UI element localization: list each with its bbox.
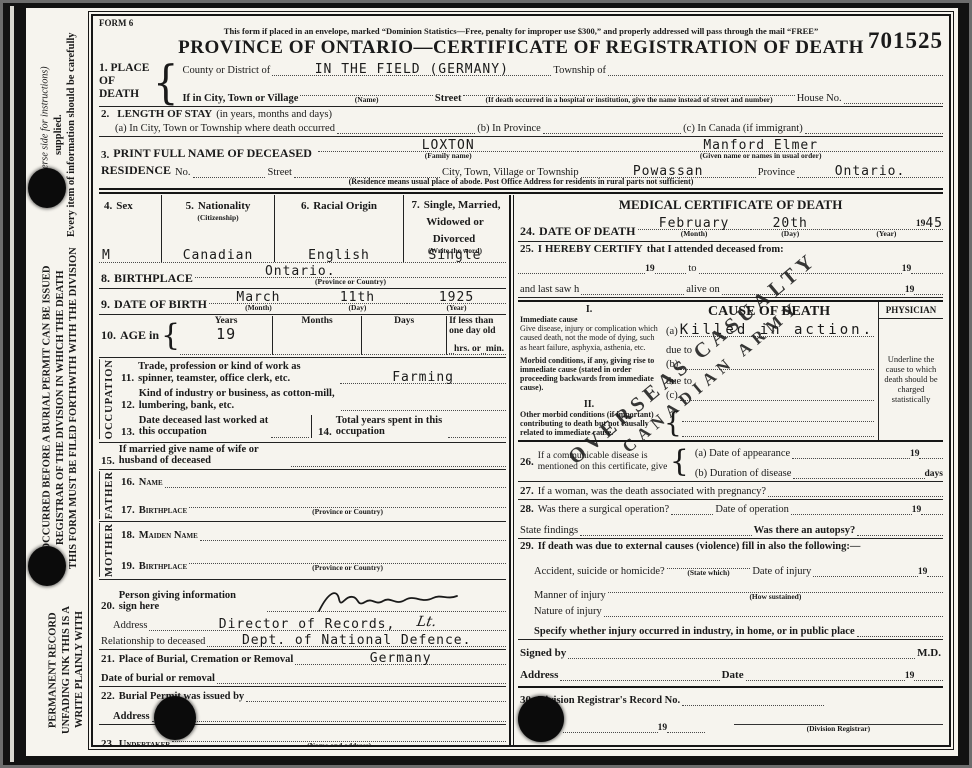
field-27-pregnancy: 27. If a woman, was the death associated… xyxy=(518,482,943,500)
serial-number: 701525 xyxy=(868,28,943,54)
field-number: 20. xyxy=(99,600,117,612)
field-number: 25. xyxy=(518,243,536,255)
death-certificate-page: Every item of information should be care… xyxy=(26,8,958,756)
residence-street-line xyxy=(294,164,440,178)
autopsy-line xyxy=(857,522,943,536)
birth-month-hint: (Month) xyxy=(209,304,308,312)
field-label: If married give name of wife or husband … xyxy=(117,444,291,467)
field-2-length-of-stay: 2. LENGTH OF STAY (in years, months and … xyxy=(99,107,943,137)
field-label: Person giving information xyxy=(117,590,267,601)
death-day: 20th (Day) xyxy=(751,216,830,238)
father-birthplace-line: (Province or Country) xyxy=(189,494,506,516)
nationality-value: Canadian xyxy=(165,249,271,262)
year-19: 19 xyxy=(645,264,655,274)
field-1-place-of-death: 1. PLACE OF DEATH { County or District o… xyxy=(99,61,943,107)
hrs-label: hrs. or xyxy=(454,344,481,354)
cause-c-label: (c) xyxy=(664,390,680,401)
street-label: Street xyxy=(433,93,464,104)
brace: { xyxy=(161,321,180,351)
immediate-cause-note: Give disease, injury or complication whi… xyxy=(520,324,658,352)
field-number: 21. xyxy=(99,653,117,665)
physician-address-line xyxy=(560,667,719,681)
how-sustained-hint: (How sustained) xyxy=(608,593,943,601)
year-19: 19 xyxy=(912,505,922,515)
undertaker-hint: (Name and address) xyxy=(172,742,506,747)
father-group-label: FATHER xyxy=(99,471,115,519)
residence-no-label: No. xyxy=(173,167,192,178)
age-days: Days xyxy=(362,316,447,355)
physician-title: PHYSICIAN xyxy=(879,302,943,319)
cause-b-label: (b) xyxy=(664,359,680,370)
cause-notes: I. Immediate cause Give disease, injury … xyxy=(518,302,660,440)
findings-line xyxy=(580,522,752,536)
sidebar-note-supplied: Every item of information should be care… xyxy=(52,30,78,240)
field-label: Maiden Name xyxy=(137,530,200,541)
field-5-nationality: 5.Nationality (Citizenship) Canadian xyxy=(162,195,275,262)
residence-city-line: Powassan xyxy=(581,164,756,178)
state-which-hint: (State which) xyxy=(667,569,751,577)
mother-birthplace-hint: (Province or Country) xyxy=(189,564,506,572)
field-9-date-of-birth: 9. DATE OF BIRTH March (Month) 11th (Day… xyxy=(99,289,506,315)
hole-punch xyxy=(154,696,196,740)
permit-address-line xyxy=(152,708,506,722)
roman-two: II. xyxy=(520,399,658,411)
field-number: 7. xyxy=(410,199,422,211)
brace: { xyxy=(153,60,178,106)
sidebar-note-ink: WRITE PLAINLY WITH UNFADING INK THIS IS … xyxy=(34,586,86,754)
birth-month: March (Month) xyxy=(209,290,308,312)
sidebar-notes: Every item of information should be care… xyxy=(26,8,88,756)
divider xyxy=(99,188,943,194)
birth-day-value: 11th xyxy=(340,291,375,304)
death-year: 19 45 (Year) xyxy=(830,216,943,238)
immediate-cause-label: Immediate cause xyxy=(520,315,658,324)
field-number: 26. xyxy=(518,456,536,468)
hole-punch xyxy=(28,546,66,586)
manner-of-injury-label: Manner of injury xyxy=(532,590,608,601)
field-label: Single, Married, Widowed or Divorced xyxy=(422,199,501,245)
age-under-one-day: If less than one day old hrs. or min. xyxy=(447,316,506,355)
field-15-spouse: 15. If married give name of wife or husb… xyxy=(99,443,506,470)
due-to-label: due to xyxy=(664,345,874,356)
appearance-line xyxy=(792,445,910,459)
field-number: 8. xyxy=(99,271,112,286)
physician-box: PHYSICIAN Underline the cause to which d… xyxy=(878,302,943,440)
field-13-last-worked: 13. Date deceased last worked at this oc… xyxy=(119,415,312,438)
trade-value: Farming xyxy=(392,371,454,384)
residence-province-line: Ontario. xyxy=(797,164,943,178)
birth-day-hint: (Day) xyxy=(308,304,407,312)
family-name: LOXTON (Family name) xyxy=(318,138,578,160)
total-years-line xyxy=(448,424,506,438)
record-no-line xyxy=(682,692,824,706)
date-line xyxy=(746,667,905,681)
personal-column: 4.Sex M 5.Nationality (Citizenship) Cana… xyxy=(99,195,511,747)
operation-date-line xyxy=(791,501,912,515)
physician-note: Underline the cause to which death shoul… xyxy=(879,319,943,440)
city-line: (Name) xyxy=(300,82,432,104)
field-number: 27. xyxy=(518,485,536,497)
field-6-racial-origin: 6.Racial Origin English xyxy=(275,195,404,262)
burial-place-value: Germany xyxy=(370,652,432,665)
dots xyxy=(927,563,943,577)
residence-city-value: Powassan xyxy=(633,165,704,178)
pregnancy-line xyxy=(768,483,943,497)
stay-canada-line xyxy=(805,120,943,134)
residence-province-value: Ontario. xyxy=(835,165,906,178)
birth-year-value: 1925 xyxy=(439,291,474,304)
burial-date-line xyxy=(217,670,506,684)
field-3-name-residence: 3. PRINT FULL NAME OF DECEASED LOXTON (F… xyxy=(99,137,943,187)
nature-of-injury-label: Nature of injury xyxy=(532,606,604,617)
field-label: Trade, profession or kind of work as spi… xyxy=(136,361,340,384)
field-label: Kind of industry or business, as cotton-… xyxy=(137,388,341,411)
township-line xyxy=(608,62,943,76)
field-label: Undertaker xyxy=(117,739,173,747)
field-number: 18. xyxy=(119,529,137,541)
signed-by-label: Signed by xyxy=(518,647,568,659)
burial-date-label: Date of burial or removal xyxy=(99,673,217,684)
state-findings-label: State findings xyxy=(518,525,580,536)
alive-on-label: alive on xyxy=(684,284,722,295)
division-registrar-hint: (Division Registrar) xyxy=(734,725,943,733)
year-19: 19 xyxy=(910,449,920,459)
field-label: Place of Burial, Cremation or Removal xyxy=(117,654,296,665)
filed-line xyxy=(563,719,658,733)
field-label: Date deceased last worked at this occupa… xyxy=(137,415,271,438)
city-label: If in City, Town or Village xyxy=(180,93,300,104)
brace: { xyxy=(670,447,689,477)
months-header: Months xyxy=(302,316,333,326)
house-label: House No. xyxy=(795,93,844,104)
informant-relationship-value: Dept. of National Defence. xyxy=(242,634,472,647)
autopsy-label: Was there an autopsy? xyxy=(752,525,858,536)
marital-value: Single xyxy=(407,249,503,262)
residence-no-line xyxy=(193,164,266,178)
physician-signature-block: Signed by M.D. Address Date 19 xyxy=(518,640,943,688)
specify-label: Specify whether injury occurred in indus… xyxy=(532,626,857,637)
field-label: Was there a surgical operation? xyxy=(536,504,671,515)
duration-line xyxy=(793,465,924,479)
alive-on-line xyxy=(722,281,905,295)
age-months: Months xyxy=(273,316,362,355)
county-line: IN THE FIELD (GERMANY) xyxy=(272,62,551,76)
hole-punch xyxy=(28,168,66,208)
field-number: 29. xyxy=(518,540,536,552)
less-than-day-label: If less than one day old xyxy=(449,316,504,336)
form-border: 701525 FORM 6 This form if placed in an … xyxy=(88,11,954,750)
sidebar-note-filing: THIS FORM MUST BE FILED FORTHWITH WITH T… xyxy=(34,243,80,573)
informant-relationship-line: Dept. of National Defence. xyxy=(207,633,506,647)
dots xyxy=(919,445,943,459)
field-number: 9. xyxy=(99,297,112,312)
stay-province-line xyxy=(543,120,681,134)
field-number: 16. xyxy=(119,476,137,488)
field-number: 12. xyxy=(119,399,137,411)
brace: { xyxy=(664,409,682,437)
informant-relationship-label: Relationship to deceased xyxy=(99,636,207,647)
sidebar-note-top: Every item of information should be care… xyxy=(38,30,78,240)
division-registrar-sign: (Division Registrar) xyxy=(734,712,943,733)
field-number: 17. xyxy=(119,504,137,516)
fields-4-7: 4.Sex M 5.Nationality (Citizenship) Cana… xyxy=(99,195,506,263)
father-birthplace-hint: (Province or Country) xyxy=(189,508,506,516)
field-label: Total years spent in this occupation xyxy=(334,415,448,438)
residence-street-label: Street xyxy=(265,167,294,178)
stay-city-line xyxy=(337,120,475,134)
residence-hint: (Residence means usual place of abode. P… xyxy=(99,178,943,187)
death-year-hint: (Year) xyxy=(830,230,943,238)
field-number: 28. xyxy=(518,503,536,515)
certify-rest: that I attended deceased from: xyxy=(645,244,786,255)
to-label: to xyxy=(686,263,698,274)
racial-origin-value: English xyxy=(278,249,400,262)
death-day-hint: (Day) xyxy=(751,230,830,238)
page-edge xyxy=(10,6,14,762)
cause-a-line: Killed in action. xyxy=(680,322,874,337)
county-label: County or District of xyxy=(180,65,272,76)
field-26-communicable: 26. If a communicable disease is mention… xyxy=(518,444,943,482)
sex-value: M xyxy=(102,249,158,262)
field-number: 22. xyxy=(99,690,117,702)
cause-c-line xyxy=(680,387,874,401)
stay-province-label: (b) In Province xyxy=(475,123,543,134)
birthplace-line: Ontario. (Province or Country) xyxy=(195,264,506,286)
stay-canada-label: (c) In Canada (if immigrant) xyxy=(681,123,805,134)
family-name-value: LOXTON xyxy=(422,139,475,152)
field-14-total-years: 14. Total years spent in this occupation xyxy=(312,415,506,438)
informant-address-handwritten: Lt. xyxy=(416,614,438,630)
field-31-filed: 31. Filed 19 (Division Registrar) xyxy=(518,708,943,737)
year-prefix: 19 xyxy=(916,219,926,229)
death-day-value: 20th xyxy=(773,217,808,230)
field-label: If death was due to external causes (vio… xyxy=(536,541,863,552)
year-19: 19 xyxy=(905,285,915,295)
date-of-appearance-label: (a) Date of appearance xyxy=(693,448,792,459)
field-number: 4. xyxy=(102,200,114,212)
death-month-value: February xyxy=(659,217,730,230)
field-7-marital-status: 7.Single, Married, Widowed or Divorced (… xyxy=(404,195,506,262)
nature-line xyxy=(604,603,943,617)
informant-signature-line xyxy=(267,581,506,612)
date-of-injury-label: Date of injury xyxy=(750,566,813,577)
field-label: Racial Origin xyxy=(311,200,379,212)
mother-birthplace-line: (Province or Country) xyxy=(189,550,506,572)
field-label: If a communicable disease is mentioned o… xyxy=(536,451,670,473)
house-line xyxy=(844,90,943,104)
field-label: Sex xyxy=(114,200,135,212)
min-label: min. xyxy=(486,344,504,354)
other-morbid-note: Other morbid conditions (if important) c… xyxy=(520,410,658,438)
duration-label: (b) Duration of disease xyxy=(693,468,794,479)
last-saw-label: and last saw h xyxy=(518,284,581,295)
field-label: BIRTHPLACE xyxy=(112,271,195,286)
medical-certificate-title: MEDICAL CERTIFICATE OF DEATH xyxy=(518,195,943,215)
field-8-birthplace: 8. BIRTHPLACE Ontario. (Province or Coun… xyxy=(99,263,506,289)
cause-a-label: (a) xyxy=(664,326,680,337)
nationality-hint: (Citizenship) xyxy=(165,214,271,222)
birth-year: 1925 (Year) xyxy=(407,290,506,312)
mailing-note: This form if placed in an envelope, mark… xyxy=(99,26,943,36)
residence-label: RESIDENCE xyxy=(99,163,173,178)
field-label: DATE OF BIRTH xyxy=(112,297,209,312)
birth-month-value: March xyxy=(236,291,280,304)
field-11-trade: 11. Trade, profession or kind of work as… xyxy=(119,361,506,384)
field-label: Birthplace xyxy=(137,505,189,516)
field-number: 13. xyxy=(119,426,137,438)
family-name-hint: (Family name) xyxy=(318,152,578,160)
residence-city-label: City, Town, Village or Township xyxy=(440,167,581,178)
dots xyxy=(914,667,943,681)
field-4-sex: 4.Sex M xyxy=(99,195,162,262)
death-month: February (Month) xyxy=(638,216,751,238)
dots xyxy=(655,260,687,274)
signed-by-line xyxy=(568,645,915,659)
cause-of-death-box: I. Immediate cause Give disease, injury … xyxy=(518,300,943,442)
dots xyxy=(911,260,943,274)
field-number: 2. xyxy=(99,108,111,120)
field-number: 11. xyxy=(119,372,136,384)
year-19: 19 xyxy=(905,671,915,681)
permit-line xyxy=(246,688,506,702)
attended-from-line xyxy=(518,260,645,274)
due-to-label: due to xyxy=(664,376,874,387)
birthplace-value: Ontario. xyxy=(265,265,336,278)
burial-place-line: Germany xyxy=(295,651,506,665)
field-number: 23. xyxy=(99,738,117,747)
given-name-hint: (Given name or names in usual order) xyxy=(578,152,943,160)
informant-address-label: Address xyxy=(99,620,149,631)
physician-address-label: Address xyxy=(518,669,560,681)
mother-name-line xyxy=(200,527,506,541)
field-10-age: 10. AGE in { Years 19 Months Days xyxy=(99,315,506,358)
field-number: 10. xyxy=(99,328,118,343)
field-label: PRINT FULL NAME OF DECEASED xyxy=(111,146,314,161)
cause-entries: CAUSE OF DEATH (a) Killed in action. due… xyxy=(660,302,878,440)
dots xyxy=(914,281,943,295)
township-label: Township of xyxy=(551,65,608,76)
cause-a-value: Killed in action. xyxy=(680,323,874,337)
hole-punch xyxy=(518,696,564,742)
father-group: FATHER 16. Name 17. Birthplace (Province… xyxy=(99,470,506,522)
field-16-father-name: 16. Name xyxy=(119,474,506,488)
specify-line xyxy=(857,623,943,637)
county-value: IN THE FIELD (GERMANY) xyxy=(315,63,509,76)
fields-13-14: 13. Date deceased last worked at this oc… xyxy=(119,415,506,438)
field-number: 3. xyxy=(99,149,111,161)
other-morbid-line-2 xyxy=(682,422,874,437)
birth-year-hint: (Year) xyxy=(407,304,506,312)
accident-label: Accident, suicide or homicide? xyxy=(532,566,667,577)
occupation-group: OCCUPATION 11. Trade, profession or kind… xyxy=(99,358,506,442)
field-12-industry: 12. Kind of industry or business, as cot… xyxy=(119,388,506,411)
last-saw-line xyxy=(581,281,684,295)
field-sublabel: (in years, months and days) xyxy=(214,109,334,120)
field-label: AGE in xyxy=(118,328,161,343)
trade-line: Farming xyxy=(340,370,506,384)
stay-city-label: (a) In City, Town or Township where deat… xyxy=(113,123,337,134)
informant-signature xyxy=(315,587,475,617)
manner-line: (How sustained) xyxy=(608,579,943,601)
name-hint: (Name) xyxy=(300,96,432,104)
field-20-informant: 20. Person giving information sign here xyxy=(99,580,506,650)
last-worked-line xyxy=(271,424,309,438)
mother-group: MOTHER 18. Maiden Name 19. Birthplace (P… xyxy=(99,522,506,580)
age-years: Years 19 xyxy=(180,316,273,355)
field-number: 14. xyxy=(316,426,334,438)
death-year-value: 45 xyxy=(925,217,943,230)
year-19: 19 xyxy=(658,723,668,733)
street-line: (If death occurred in a hospital or inst… xyxy=(463,82,794,104)
field-label: DATE OF DEATH xyxy=(537,224,637,239)
permit-address-label: Address xyxy=(99,711,152,722)
attended-to-line xyxy=(699,260,902,274)
field-label: Nationality xyxy=(196,200,253,212)
field-number: 15. xyxy=(99,455,117,467)
roman-one: I. xyxy=(520,304,658,316)
street-hint: (If death occurred in a hospital or inst… xyxy=(463,96,794,104)
field-number: 5. xyxy=(184,200,196,212)
field-label: Name xyxy=(137,477,165,488)
accident-line: (State which) xyxy=(667,555,751,577)
year-19: 19 xyxy=(902,264,912,274)
death-month-hint: (Month) xyxy=(638,230,751,238)
cause-b-line xyxy=(680,356,874,370)
dots xyxy=(921,501,943,515)
field-29-external-causes: 29. If death was due to external causes … xyxy=(518,539,943,641)
father-name-line xyxy=(165,474,506,488)
residence-province-label: Province xyxy=(756,167,797,178)
years-value: 19 xyxy=(216,327,236,342)
year-19: 19 xyxy=(918,567,928,577)
cause-of-death-title: CAUSE OF DEATH xyxy=(664,304,874,320)
spouse-line xyxy=(291,453,506,467)
operation-line xyxy=(671,501,713,515)
mother-group-label: MOTHER xyxy=(99,523,115,577)
birthplace-hint: (Province or Country) xyxy=(195,278,506,286)
field-number: 1. xyxy=(99,62,108,74)
morbid-conditions-note: Morbid conditions, if any, giving rise t… xyxy=(520,356,658,393)
birth-day: 11th (Day) xyxy=(308,290,407,312)
days-header: Days xyxy=(394,316,414,326)
industry-line xyxy=(341,397,506,411)
field-label: If a woman, was the death associated wit… xyxy=(536,486,768,497)
field-17-father-birthplace: 17. Birthplace (Province or Country) xyxy=(119,494,506,516)
days-label: days xyxy=(925,469,943,479)
field-30-registrar-record: 30. Division Registrar's Record No. xyxy=(518,688,943,708)
given-name-value: Manford Elmer xyxy=(703,139,818,152)
undertaker-line: (Name and address) xyxy=(172,728,506,747)
occupation-group-label: OCCUPATION xyxy=(99,359,115,439)
date-label: Date xyxy=(720,669,746,681)
operation-date-label: Date of operation xyxy=(713,504,790,515)
field-label: I HEREBY CERTIFY xyxy=(536,243,645,255)
document-title: PROVINCE OF ONTARIO—CERTIFICATE OF REGIS… xyxy=(99,37,943,59)
field-19-mother-birthplace: 19. Birthplace (Province or Country) xyxy=(119,550,506,572)
field-label: Birthplace xyxy=(137,561,189,572)
other-morbid-line-1 xyxy=(682,409,874,422)
field-24-date-of-death: 24. DATE OF DEATH February (Month) 20th … xyxy=(518,215,943,241)
medical-column: OVERSEAS CASUALTY CANADIAN ARMY MEDICAL … xyxy=(513,195,943,747)
field-25-certify: 25. I HEREBY CERTIFY that I attended dec… xyxy=(518,242,943,298)
field-number: 19. xyxy=(119,560,137,572)
field-number: 24. xyxy=(518,224,537,239)
field-label-2: sign here xyxy=(117,601,267,612)
dots xyxy=(667,719,705,733)
field-label-main: LENGTH OF STAY xyxy=(115,108,214,120)
informant-address-value: Director of Records, xyxy=(219,618,396,631)
date-of-injury-line xyxy=(813,563,918,577)
